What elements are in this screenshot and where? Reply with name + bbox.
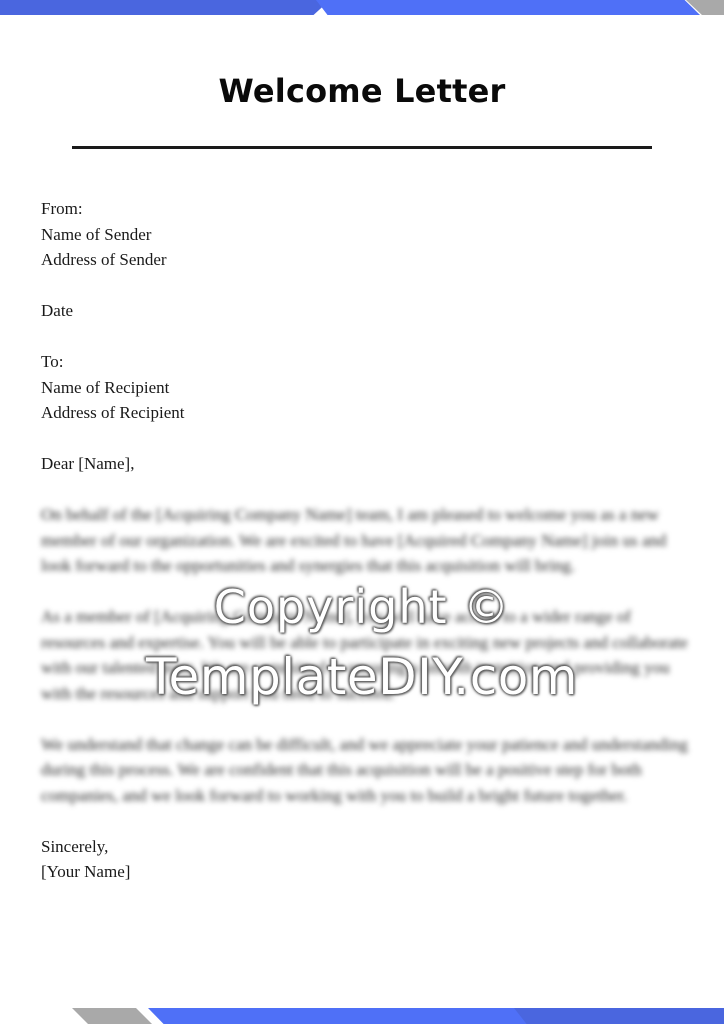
sender-name: Name of Sender <box>41 222 691 248</box>
body-paragraph-1: On behalf of the [Acquiring Company Name… <box>41 502 691 579</box>
recipient-label: To: <box>41 349 691 375</box>
sender-address: Address of Sender <box>41 247 691 273</box>
signature: [Your Name] <box>41 859 691 885</box>
title-divider <box>72 146 652 149</box>
bottom-decor-bar-gray <box>72 1008 152 1024</box>
bottom-decor-bar-dark <box>514 1008 724 1024</box>
letter-date: Date <box>41 298 691 324</box>
bottom-decor-bar-light <box>148 1008 538 1024</box>
watermark-copyright: Copyright © <box>0 580 724 634</box>
salutation: Dear [Name], <box>41 451 691 477</box>
document-title: Welcome Letter <box>0 72 724 110</box>
watermark-site: TemplateDIY.com <box>0 648 724 706</box>
letter-body: From: Name of Sender Address of Sender D… <box>41 196 691 885</box>
top-decor-bar-light <box>316 0 700 15</box>
recipient-name: Name of Recipient <box>41 375 691 401</box>
body-paragraph-3: We understand that change can be difficu… <box>41 732 691 809</box>
top-decor-bar-dark <box>0 0 330 15</box>
recipient-address: Address of Recipient <box>41 400 691 426</box>
closing: Sincerely, <box>41 834 691 860</box>
sender-label: From: <box>41 196 691 222</box>
